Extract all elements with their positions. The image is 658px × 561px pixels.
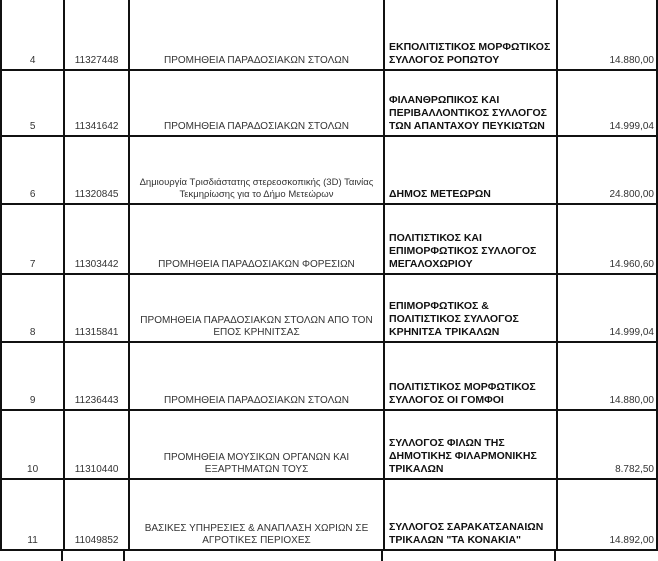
project-code: 11049852 [64,479,129,550]
table-row: 6 11320845 Δημιουργία Τρισδιάστατης στερ… [1,136,657,204]
row-index: 7 [1,204,64,274]
project-code: 11327448 [64,0,129,70]
organization-name: ΠΟΛΙΤΙΣΤΙΚΟΣ ΚΑΙ ΕΠΙΜΟΡΦΩΤΙΚΟΣ ΣΥΛΛΟΓΟΣ … [384,204,557,274]
table-row: 9 11236443 ΠΡΟΜΗΘΕΙΑ ΠΑΡΑΔΟΣΙΑΚΩΝ ΣΤΟΛΩΝ… [1,342,657,410]
table-row: 5 11341642 ΠΡΟΜΗΘΕΙΑ ΠΑΡΑΔΟΣΙΑΚΩΝ ΣΤΟΛΩΝ… [1,70,657,136]
organization-name: ΣΥΛΛΟΓΟΣ ΣΑΡΑΚΑΤΣΑΝΑΙΩΝ ΤΡΙΚΑΛΩΝ "ΤΑ ΚΟΝ… [384,479,557,550]
table-row: 10 11310440 ΠΡΟΜΗΘΕΙΑ ΜΟΥΣΙΚΩΝ ΟΡΓΑΝΩΝ Κ… [1,410,657,479]
row-index: 10 [1,410,64,479]
table-row: 11 11049852 ΒΑΣΙΚΕΣ ΥΠΗΡΕΣΙΕΣ & ΑΝΑΠΛΑΣΗ… [1,479,657,550]
next-row-cutoff [0,549,658,561]
project-description: ΠΡΟΜΗΘΕΙΑ ΜΟΥΣΙΚΩΝ ΟΡΓΑΝΩΝ ΚΑΙ ΕΞΑΡΤΗΜΑΤ… [129,410,384,479]
amount: 14.880,00 [557,0,657,70]
amount: 14.960,60 [557,204,657,274]
row-divider [0,549,658,551]
project-code: 11341642 [64,70,129,136]
row-index: 6 [1,136,64,204]
project-description: Δημιουργία Τρισδιάστατης στερεοσκοπικής … [129,136,384,204]
column-divider [381,549,383,561]
table-row: 8 11315841 ΠΡΟΜΗΘΕΙΑ ΠΑΡΑΔΟΣΙΑΚΩΝ ΣΤΟΛΩΝ… [1,274,657,342]
row-index: 8 [1,274,64,342]
organization-name: ΣΥΛΛΟΓΟΣ ΦΙΛΩΝ ΤΗΣ ΔΗΜΟΤΙΚΗΣ ΦΙΛΑΡΜΟΝΙΚΗ… [384,410,557,479]
organization-name: ΔΗΜΟΣ ΜΕΤΕΩΡΩΝ [384,136,557,204]
amount: 8.782,50 [557,410,657,479]
amount: 14.999,04 [557,274,657,342]
organization-name: ΠΟΛΙΤΙΣΤΙΚΟΣ ΜΟΡΦΩΤΙΚΟΣ ΣΥΛΛΟΓΟΣ ΟΙ ΓΟΜΦ… [384,342,557,410]
table-row: 4 11327448 ΠΡΟΜΗΘΕΙΑ ΠΑΡΑΔΟΣΙΑΚΩΝ ΣΤΟΛΩΝ… [1,0,657,70]
project-code: 11236443 [64,342,129,410]
project-code: 11303442 [64,204,129,274]
amount: 14.892,00 [557,479,657,550]
funding-table: 4 11327448 ΠΡΟΜΗΘΕΙΑ ΠΑΡΑΔΟΣΙΑΚΩΝ ΣΤΟΛΩΝ… [0,0,658,551]
project-description: ΠΡΟΜΗΘΕΙΑ ΠΑΡΑΔΟΣΙΑΚΩΝ ΦΟΡΕΣΙΩΝ [129,204,384,274]
row-index: 11 [1,479,64,550]
row-index: 4 [1,0,64,70]
project-description: ΒΑΣΙΚΕΣ ΥΠΗΡΕΣΙΕΣ & ΑΝΑΠΛΑΣΗ ΧΩΡΙΩΝ ΣΕ Α… [129,479,384,550]
column-divider [61,549,63,561]
row-index: 9 [1,342,64,410]
amount: 24.800,00 [557,136,657,204]
row-index: 5 [1,70,64,136]
amount: 14.880,00 [557,342,657,410]
project-code: 11310440 [64,410,129,479]
project-code: 11315841 [64,274,129,342]
column-divider [123,549,125,561]
organization-name: ΕΚΠΟΛΙΤΙΣΤΙΚΟΣ ΜΟΡΦΩΤΙΚΟΣ ΣΥΛΛΟΓΟΣ ΡΟΠΩΤ… [384,0,557,70]
project-description: ΠΡΟΜΗΘΕΙΑ ΠΑΡΑΔΟΣΙΑΚΩΝ ΣΤΟΛΩΝ [129,342,384,410]
organization-name: ΕΠΙΜΟΡΦΩΤΙΚΟΣ & ΠΟΛΙΤΙΣΤΙΚΟΣ ΣΥΛΛΟΓΟΣ ΚΡ… [384,274,557,342]
amount: 14.999,04 [557,70,657,136]
table-row: 7 11303442 ΠΡΟΜΗΘΕΙΑ ΠΑΡΑΔΟΣΙΑΚΩΝ ΦΟΡΕΣΙ… [1,204,657,274]
project-code: 11320845 [64,136,129,204]
organization-name: ΦΙΛΑΝΘΡΩΠΙΚΟΣ ΚΑΙ ΠΕΡΙΒΑΛΛΟΝΤΙΚΟΣ ΣΥΛΛΟΓ… [384,70,557,136]
project-description: ΠΡΟΜΗΘΕΙΑ ΠΑΡΑΔΟΣΙΑΚΩΝ ΣΤΟΛΩΝ [129,0,384,70]
project-description: ΠΡΟΜΗΘΕΙΑ ΠΑΡΑΔΟΣΙΑΚΩΝ ΣΤΟΛΩΝ [129,70,384,136]
column-divider [554,549,556,561]
project-description: ΠΡΟΜΗΘΕΙΑ ΠΑΡΑΔΟΣΙΑΚΩΝ ΣΤΟΛΩΝ ΑΠΟ ΤΟΝ ΕΠ… [129,274,384,342]
funding-table-sheet: 4 11327448 ΠΡΟΜΗΘΕΙΑ ΠΑΡΑΔΟΣΙΑΚΩΝ ΣΤΟΛΩΝ… [0,0,658,551]
